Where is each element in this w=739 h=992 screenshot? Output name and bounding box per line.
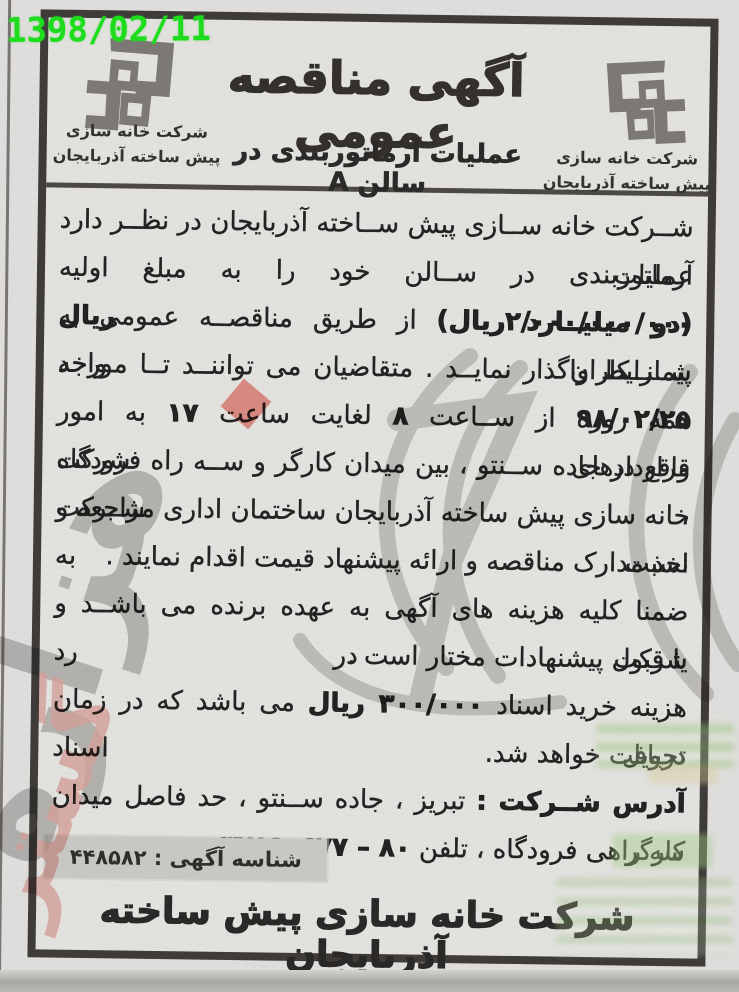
body-line: اخذ مدارک مناقصه و ارائه پیشنهاد قیمت اق… [55, 532, 690, 589]
body-line-text: سه راهی فرودگاه ، تلفن [411, 834, 686, 868]
body-line-emphasis: ۱۷ [167, 398, 199, 428]
ad-id-badge: شناسه آگهی : ۴۴۸۵۸۲ [45, 835, 328, 881]
body-line: همه روزه از ســاعت ۸ لغایت ساعت ۱۷ به ام… [57, 388, 692, 445]
body-line: شــرایط واگذار نمایــد . متقاضیان می توا… [57, 340, 692, 397]
body-line-text: یا قبول پیشنهادات مختار است . [347, 641, 688, 676]
footer-company-name: شرکت خانه سازی پیش ساخته آذربایجان [35, 889, 698, 980]
tender-ad-frame: شرکت خانه سازی پیش ساخته آذربایجان شرکت … [27, 9, 718, 966]
body-line: ضمنا کلیه هزینه های آگهی به عهده برنده م… [54, 580, 689, 637]
body-line-text: لغایت ساعت [198, 399, 392, 432]
body-line-emphasis: ۳۰۰/۰۰۰ ریال [308, 688, 484, 720]
body-line-emphasis: (دو میلیــارد ریال) [436, 306, 692, 340]
scan-date-stamp: 1398/02/11 [6, 9, 211, 51]
body-line: شــرکت خانه ســازی پیش ســاخته آذربایجان… [59, 196, 694, 253]
paper-bottom-edge [0, 970, 739, 992]
ad-subtitle: عملیات آرماتوربندی در سالن A [206, 136, 549, 201]
body-line: آرماتوربندی در ســالن خود را به مبلغ اول… [59, 244, 694, 301]
body-line-text: شــرایط واگذار نمایــد . متقاضیان می توا… [57, 349, 691, 388]
body-line: (دو میلیــارد ریال) از طریق مناقصــه عمو… [58, 292, 693, 349]
body-line: خانه سازی پیش ساخته آذربایجان ساختمان اد… [55, 484, 690, 541]
body-line: واقع در جاده ســنتو ، بین میدان کارگر و … [56, 436, 691, 493]
body-line-text: دریافت خواهد شد. [485, 739, 687, 772]
body-line-emphasis: ۸ [392, 401, 408, 431]
body-line-text: همه روزه از ســاعت [408, 401, 691, 435]
body-line-text: هزینه خرید اسناد [483, 691, 687, 724]
ad-body-text: شــرکت خانه ســازی پیش ســاخته آذربایجان… [37, 187, 708, 876]
newspaper-scan-background: شرکت خانه سازی پیش ساخته آذربایجان شرکت … [0, 0, 739, 992]
body-line: هزینه خرید اسناد ۳۰۰/۰۰۰ ریال می باشد که… [53, 676, 688, 733]
logo-caption-right-line2: پیش ساخته آذربایجان [539, 169, 714, 196]
scanned-newspaper-page: { "stamp": { "date": "1398/02/11" }, "he… [0, 0, 739, 992]
body-line-emphasis: آدرس شــرکت : [476, 786, 686, 819]
logo-caption-right-line1: شرکت خانه سازی [539, 144, 714, 171]
body-line-text: اخذ مدارک مناقصه و ارائه پیشنهاد قیمت اق… [105, 541, 689, 579]
body-line: آدرس شــرکت : تبریز ، جاده ســنتو ، حد ف… [51, 772, 686, 829]
logo-caption-right: شرکت خانه سازی پیش ساخته آذربایجان [539, 144, 715, 196]
company-logo-icon [595, 47, 696, 153]
body-line-text: آرماتوربندی در ســالن خود را به مبلغ اول… [59, 253, 693, 292]
newspaper-column-divider [0, 0, 11, 992]
